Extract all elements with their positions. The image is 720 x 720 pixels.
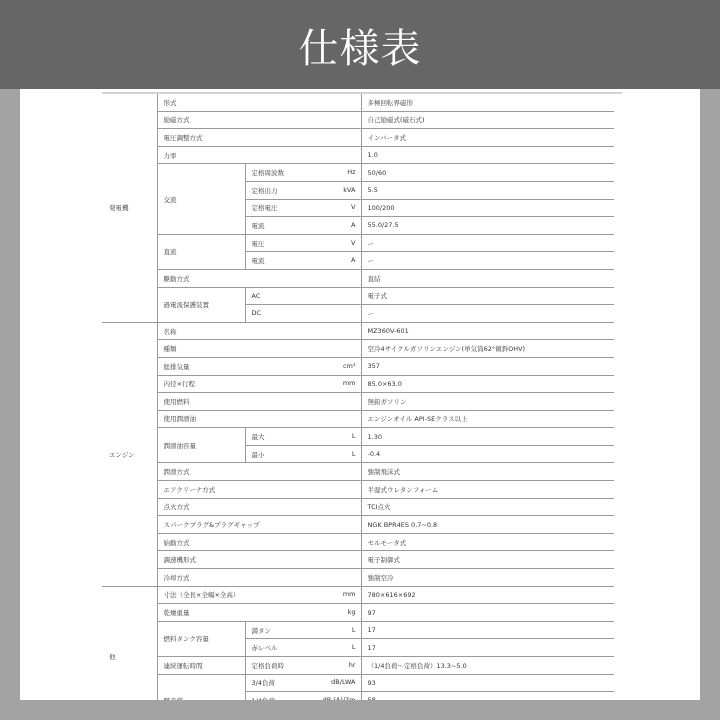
table-row: 乾燥重量kg 97 (102, 604, 614, 622)
spec-unit: dB (A)/7m (323, 696, 361, 700)
spec-label: 始動方式 (157, 533, 361, 551)
table-row: エアクリーナ方式 半湿式ウレタンフォーム (102, 481, 614, 499)
spec-value: 17 (361, 621, 614, 639)
spec-item: 電圧V (245, 234, 361, 252)
spec-value: 97 (361, 604, 614, 622)
spec-value: ー (361, 252, 614, 270)
spec-item: 定格負荷時hr (245, 657, 361, 675)
spec-label: 名称 (157, 322, 361, 340)
spec-unit: L (352, 626, 361, 634)
spec-value: セルモータ式 (361, 533, 614, 551)
table-row: 使用潤滑油 エンジンオイル API-SEクラス以上 (102, 410, 614, 428)
spec-item: 最大L (245, 428, 361, 446)
table-row: 他 寸法（全長×全幅×全高）mm 780×616×692 (102, 586, 614, 604)
category-engine: エンジン (102, 322, 157, 586)
spec-value: インバータ式 (361, 129, 614, 147)
spec-value: 1.0 (361, 146, 614, 164)
table-row: 駆動方式 直結 (102, 269, 614, 287)
table-row: 潤滑油容量 最大L 1.30 (102, 428, 614, 446)
table-row: 冷却方式 強制空冷 (102, 569, 614, 587)
spec-item: 赤レベルL (245, 639, 361, 657)
spec-value: 1.30 (361, 428, 614, 446)
spec-value: MZ360V-601 (361, 322, 614, 340)
spec-unit: mm (343, 590, 361, 598)
table-row: 始動方式 セルモータ式 (102, 533, 614, 551)
spec-label: スパークプラグ&プラグギャップ (157, 516, 361, 534)
spec-value: 357 (361, 357, 614, 375)
spec-unit: kg (348, 608, 361, 616)
table-row: 直流 電圧V ー (102, 234, 614, 252)
spec-item: 1/4負荷dB (A)/7m (245, 692, 361, 700)
spec-label: 燃料タンク容量 (157, 621, 245, 656)
table-row: 潤滑方式 強制飛沫式 (102, 463, 614, 481)
spec-unit: L (352, 450, 361, 458)
spec-label: 種類 (157, 340, 361, 358)
spec-label: 力率 (157, 146, 361, 164)
spec-label: 連続運転時間 (157, 657, 245, 675)
spec-value: 780×616×692 (361, 586, 614, 604)
spec-value: 強制空冷 (361, 569, 614, 587)
page-header: 仕様表 (0, 0, 720, 89)
spec-item: 定格電圧V (245, 199, 361, 217)
spec-value: 5.5 (361, 181, 614, 199)
spec-item: DC (245, 305, 361, 323)
spec-label: 調速機形式 (157, 551, 361, 569)
spec-item: 3/4負荷dB/LWA (245, 674, 361, 692)
spec-value: 直結 (361, 269, 614, 287)
spec-item: 定格出力kVA (245, 181, 361, 199)
table-row: 発電機 形式 多極回転界磁形 (102, 94, 614, 111)
table-row: 種類 空冷4サイクルガソリンエンジン(単気筒62°傾斜OHV) (102, 340, 614, 358)
table-row: スパークプラグ&プラグギャップ NGK BPR4ES 0.7~0.8 (102, 516, 614, 534)
spec-label: 冷却方式 (157, 569, 361, 587)
table-row: 燃料タンク容量 満タンL 17 (102, 621, 614, 639)
table-row: 過電流保護装置 AC 電子式 (102, 287, 614, 305)
spec-value: 100/200 (361, 199, 614, 217)
table-row: 調速機形式 電子制御式 (102, 551, 614, 569)
table-row: 電圧調整方式 インバータ式 (102, 129, 614, 147)
spec-item: 満タンL (245, 621, 361, 639)
spec-value: 58 (361, 692, 614, 700)
table-row: エンジン 名称 MZ360V-601 (102, 322, 614, 340)
spec-label: 騒音値 (157, 674, 245, 700)
table-row: 使用燃料 無鉛ガソリン (102, 393, 614, 411)
spec-unit: hr (349, 661, 361, 669)
spec-value: 空冷4サイクルガソリンエンジン(単気筒62°傾斜OHV) (361, 340, 614, 358)
spec-unit: L (352, 432, 361, 440)
spec-value: 自己励磁式(磁石式) (361, 111, 614, 129)
spec-value: 93 (361, 674, 614, 692)
spec-value: 17 (361, 639, 614, 657)
spec-unit: kVA (343, 186, 360, 194)
spec-label: 乾燥重量kg (157, 604, 361, 622)
spec-value: -0.4 (361, 445, 614, 463)
spec-label: 形式 (157, 94, 361, 111)
spec-value: 85.0×63.0 (361, 375, 614, 393)
spec-label: 励磁方式 (157, 111, 361, 129)
spec-item: 電流A (245, 252, 361, 270)
spec-value: 強制飛沫式 (361, 463, 614, 481)
spec-table: 発電機 形式 多極回転界磁形 励磁方式 自己励磁式(磁石式) 電圧調整方式 イン… (102, 94, 614, 700)
spec-item: 電流A (245, 217, 361, 235)
spec-value: ー (361, 305, 614, 323)
spec-unit: V (351, 239, 360, 247)
spec-value: ー (361, 234, 614, 252)
spec-unit: A (351, 221, 360, 229)
spec-label: 総排気量cm³ (157, 357, 361, 375)
spec-label: 交流 (157, 164, 245, 234)
table-row: 励磁方式 自己励磁式(磁石式) (102, 111, 614, 129)
spec-label: 使用燃料 (157, 393, 361, 411)
spec-label: 寸法（全長×全幅×全高）mm (157, 586, 361, 604)
spec-label: 使用潤滑油 (157, 410, 361, 428)
spec-value: 50/60 (361, 164, 614, 182)
spec-unit: A (351, 256, 360, 264)
spec-label: 内径×行程mm (157, 375, 361, 393)
spec-item: 最小L (245, 445, 361, 463)
spec-label: 点火方式 (157, 498, 361, 516)
spec-unit: Hz (347, 168, 360, 176)
spec-unit: L (352, 643, 361, 651)
spec-label: 過電流保護装置 (157, 287, 245, 322)
table-row: 内径×行程mm 85.0×63.0 (102, 375, 614, 393)
spec-value: NGK BPR4ES 0.7~0.8 (361, 516, 614, 534)
table-row: 交流 定格周波数Hz 50/60 (102, 164, 614, 182)
category-generator: 発電機 (102, 94, 157, 322)
table-row: 連続運転時間 定格負荷時hr （1/4負荷～定格負荷）13.3~5.0 (102, 657, 614, 675)
category-other: 他 (102, 586, 157, 700)
spec-value: 無鉛ガソリン (361, 393, 614, 411)
spec-item: AC (245, 287, 361, 305)
table-row: 力率 1.0 (102, 146, 614, 164)
spec-value: 電子式 (361, 287, 614, 305)
spec-label: 潤滑方式 (157, 463, 361, 481)
spec-label: 直流 (157, 234, 245, 269)
spec-unit: dB/LWA (331, 678, 360, 686)
spec-label: エアクリーナ方式 (157, 481, 361, 499)
page-title: 仕様表 (299, 17, 422, 74)
spec-value: エンジンオイル API-SEクラス以上 (361, 410, 614, 428)
spec-label: 駆動方式 (157, 269, 361, 287)
table-row: 総排気量cm³ 357 (102, 357, 614, 375)
spec-value: 半湿式ウレタンフォーム (361, 481, 614, 499)
spec-item: 定格周波数Hz (245, 164, 361, 182)
spec-value: 電子制御式 (361, 551, 614, 569)
spec-sheet: 発電機 形式 多極回転界磁形 励磁方式 自己励磁式(磁石式) 電圧調整方式 イン… (20, 89, 700, 700)
spec-value: 55.0/27.5 (361, 217, 614, 235)
spec-value: 多極回転界磁形 (361, 94, 614, 111)
spec-unit: V (351, 203, 360, 211)
spec-label: 潤滑油容量 (157, 428, 245, 463)
spec-value: TCI点火 (361, 498, 614, 516)
spec-unit: mm (343, 379, 361, 387)
table-row: 点火方式 TCI点火 (102, 498, 614, 516)
spec-value: （1/4負荷～定格負荷）13.3~5.0 (361, 657, 614, 675)
table-row: 騒音値 3/4負荷dB/LWA 93 (102, 674, 614, 692)
spec-label: 電圧調整方式 (157, 129, 361, 147)
spec-unit: cm³ (343, 362, 361, 370)
